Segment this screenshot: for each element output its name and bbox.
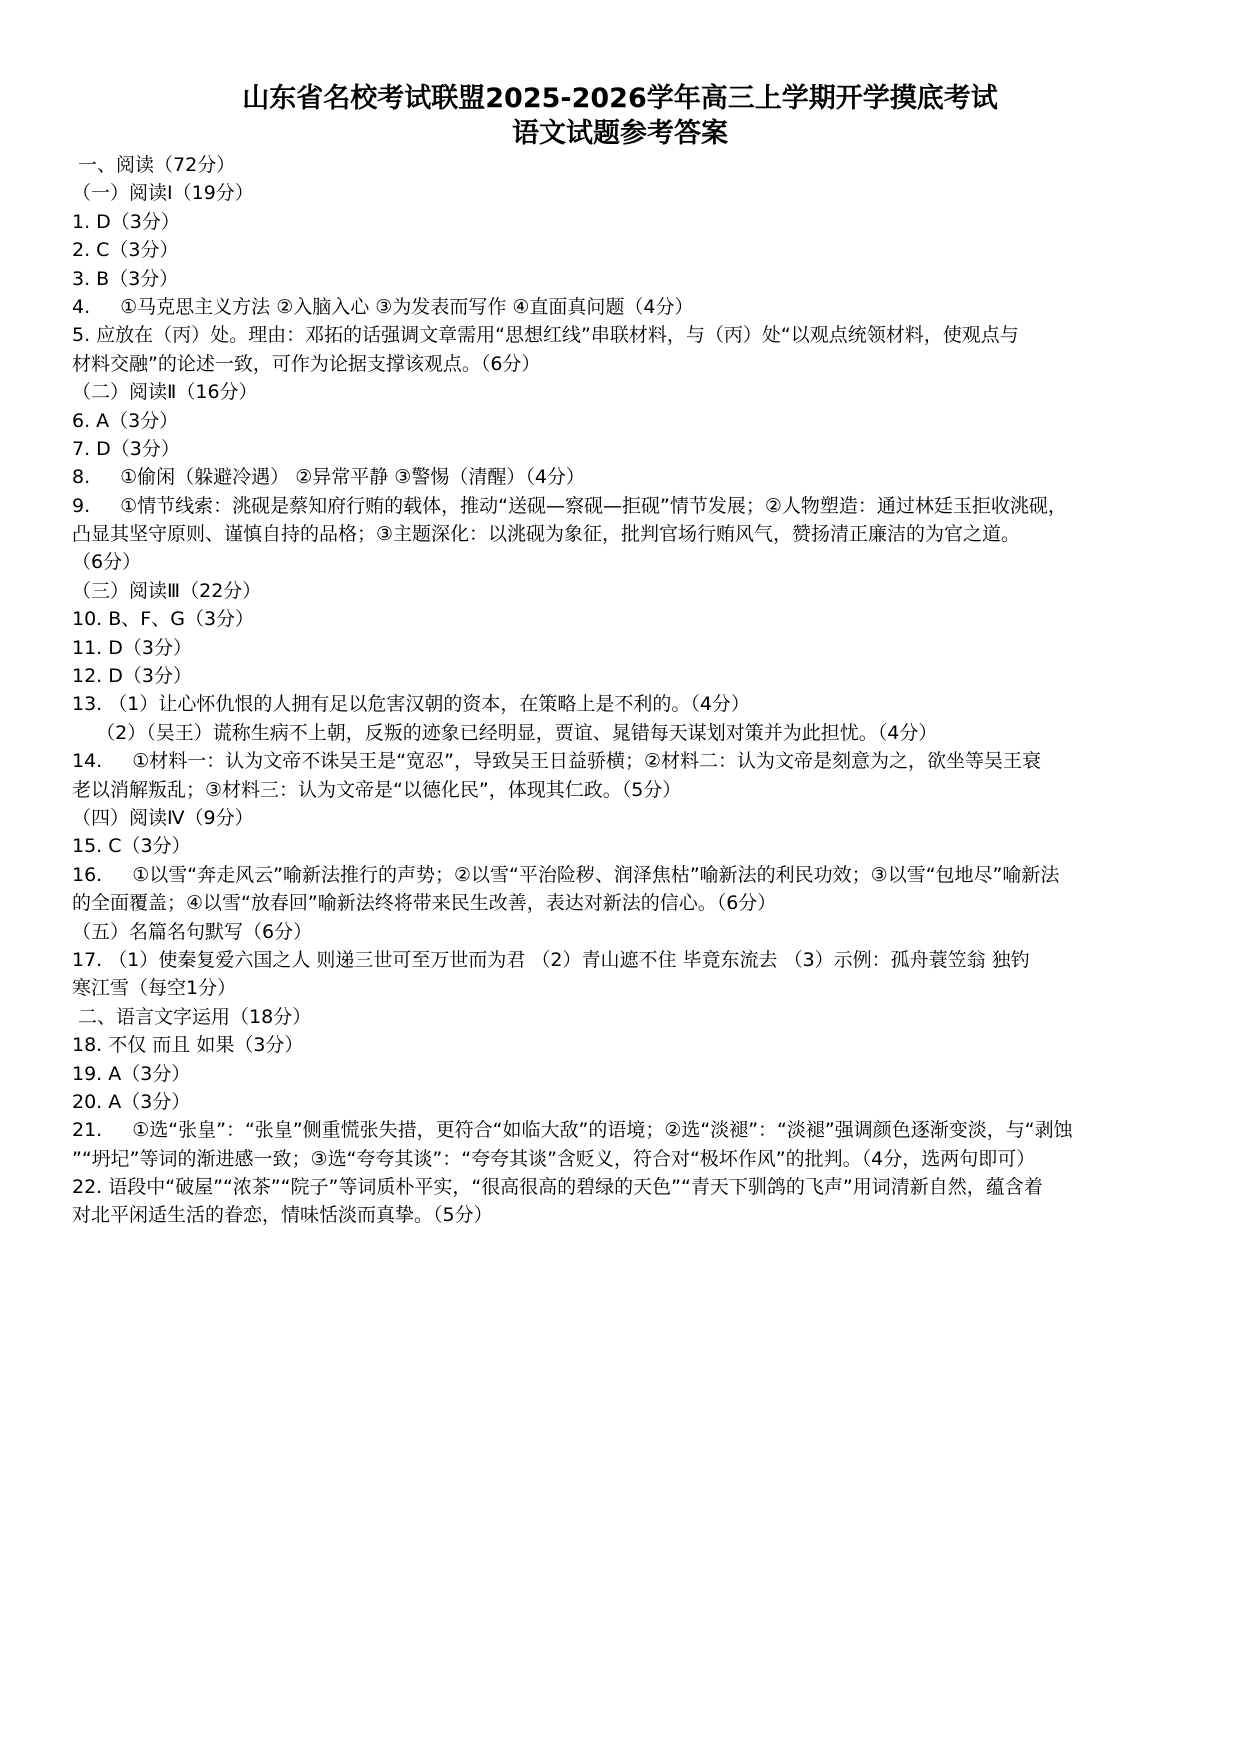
question-number: 4. xyxy=(72,293,90,321)
answer-text: 6. A（3分） xyxy=(72,410,178,432)
answer-line: （三）阅读Ⅲ（22分） xyxy=(72,577,1182,605)
answer-line: 9.①情节线索：洮砚是蔡知府行贿的载体，推动“送砚—察砚—拒砚”情节发展；②人物… xyxy=(72,492,1182,520)
answer-text: ”“坍圮”等词的渐进感一致；③选“夸夸其谈”：“夸夸其谈”含贬义，符合对“极坏作… xyxy=(72,1148,1035,1170)
answer-line: （五）名篇名句默写（6分） xyxy=(72,918,1182,946)
answer-text: 老以消解叛乱；③材料三：认为文帝是“以德化民”，体现其仁政。（5分） xyxy=(72,779,681,801)
answer-line: 二、语言文字运用（18分） xyxy=(72,1003,1182,1031)
question-number: 21. xyxy=(72,1116,102,1144)
document-subtitle: 语文试题参考答案 xyxy=(0,117,1240,151)
answer-text: ①选“张皇”：“张皇”侧重慌张失措，更符合“如临大敌”的语境；②选“淡褪”：“淡… xyxy=(132,1119,1072,1141)
answer-text: 11. D（3分） xyxy=(72,637,192,659)
answer-line: 凸显其坚守原则、谨慎自持的品格；③主题深化：以洮砚为象征，批判官场行贿风气，赞扬… xyxy=(72,520,1182,548)
answer-text: ①材料一：认为文帝不诛吴王是“宽忍”，导致吴王日益骄横；②材料二：认为文帝是刻意… xyxy=(132,750,1041,772)
answer-line: 3. B（3分） xyxy=(72,265,1182,293)
answer-line: （二）阅读Ⅱ（16分） xyxy=(72,378,1182,406)
answer-text: （一）阅读Ⅰ（19分） xyxy=(72,182,254,204)
answer-line: 6. A（3分） xyxy=(72,407,1182,435)
answer-text: 一、阅读（72分） xyxy=(72,154,235,176)
answer-text: （四）阅读Ⅳ（9分） xyxy=(72,807,254,829)
answer-text: 18. 不仅 而且 如果（3分） xyxy=(72,1034,303,1056)
question-number: 8. xyxy=(72,463,90,491)
answer-line: 19. A（3分） xyxy=(72,1060,1182,1088)
answer-text: 5. 应放在（丙）处。理由：邓拓的话强调文章需用“思想红线”串联材料，与（丙）处… xyxy=(72,324,1019,346)
answer-text: 凸显其坚守原则、谨慎自持的品格；③主题深化：以洮砚为象征，批判官场行贿风气，赞扬… xyxy=(72,523,1020,545)
answer-line: 对北平闲适生活的眷恋，情味恬淡而真挚。（5分） xyxy=(72,1201,1182,1229)
answer-line: 5. 应放在（丙）处。理由：邓拓的话强调文章需用“思想红线”串联材料，与（丙）处… xyxy=(72,321,1182,349)
answer-line: 12. D（3分） xyxy=(72,662,1182,690)
answer-text: 1. D（3分） xyxy=(72,211,180,233)
answer-text: 13. （1）让心怀仇恨的人拥有足以危害汉朝的资本，在策略上是不利的。（4分） xyxy=(72,693,750,715)
answer-text: 材料交融”的论述一致，可作为论据支撑该观点。（6分） xyxy=(72,353,540,375)
answer-text: 12. D（3分） xyxy=(72,665,192,687)
answer-text: （2）（吴王）谎称生病不上朝，反叛的迹象已经明显，贾谊、晁错每天谋划对策并为此担… xyxy=(72,722,937,744)
answer-line: 老以消解叛乱；③材料三：认为文帝是“以德化民”，体现其仁政。（5分） xyxy=(72,776,1182,804)
answer-text: 15. C（3分） xyxy=(72,835,191,857)
answer-text: ①情节线索：洮砚是蔡知府行贿的载体，推动“送砚—察砚—拒砚”情节发展；②人物塑造… xyxy=(120,495,1067,517)
answer-text: （二）阅读Ⅱ（16分） xyxy=(72,381,258,403)
answer-text: 寒江雪（每空1分） xyxy=(72,977,236,999)
answer-text: 二、语言文字运用（18分） xyxy=(72,1006,311,1028)
answer-text: 19. A（3分） xyxy=(72,1063,190,1085)
answer-line: 的全面覆盖；④以雪“放春回”喻新法终将带来民生改善，表达对新法的信心。（6分） xyxy=(72,889,1182,917)
question-number: 16. xyxy=(72,861,102,889)
answer-line: 7. D（3分） xyxy=(72,435,1182,463)
answer-text: 2. C（3分） xyxy=(72,239,179,261)
answer-text: （6分） xyxy=(72,551,141,573)
answer-line: 1. D（3分） xyxy=(72,208,1182,236)
question-number: 9. xyxy=(72,492,90,520)
answer-text: 7. D（3分） xyxy=(72,438,180,460)
answer-text: 20. A（3分） xyxy=(72,1091,190,1113)
answer-line: （2）（吴王）谎称生病不上朝，反叛的迹象已经明显，贾谊、晁错每天谋划对策并为此担… xyxy=(72,719,1182,747)
answer-text: 22. 语段中“破屋”“浓茶”“院子”等词质朴平实，“很高很高的碧绿的天色”“青… xyxy=(72,1176,1043,1198)
answer-line: 22. 语段中“破屋”“浓茶”“院子”等词质朴平实，“很高很高的碧绿的天色”“青… xyxy=(72,1173,1182,1201)
answer-line: 13. （1）让心怀仇恨的人拥有足以危害汉朝的资本，在策略上是不利的。（4分） xyxy=(72,690,1182,718)
answer-key-body: 一、阅读（72分）（一）阅读Ⅰ（19分）1. D（3分）2. C（3分）3. B… xyxy=(72,151,1182,1230)
answer-text: 17. （1）使秦复爱六国之人 则递三世可至万世而为君 （2）青山遮不住 毕竟东… xyxy=(72,949,1030,971)
answer-line: 4.①马克思主义方法 ②入脑入心 ③为发表而写作 ④直面真问题（4分） xyxy=(72,293,1182,321)
answer-line: （四）阅读Ⅳ（9分） xyxy=(72,804,1182,832)
answer-line: 21.①选“张皇”：“张皇”侧重慌张失措，更符合“如临大敌”的语境；②选“淡褪”… xyxy=(72,1116,1182,1144)
answer-line: 2. C（3分） xyxy=(72,236,1182,264)
answer-line: 材料交融”的论述一致，可作为论据支撑该观点。（6分） xyxy=(72,350,1182,378)
answer-line: 20. A（3分） xyxy=(72,1088,1182,1116)
answer-line: 17. （1）使秦复爱六国之人 则递三世可至万世而为君 （2）青山遮不住 毕竟东… xyxy=(72,946,1182,974)
answer-text: 的全面覆盖；④以雪“放春回”喻新法终将带来民生改善，表达对新法的信心。（6分） xyxy=(72,892,776,914)
answer-text: 3. B（3分） xyxy=(72,268,178,290)
document-title: 山东省名校考试联盟2025-2026学年高三上学期开学摸底考试 xyxy=(0,82,1240,116)
answer-line: 寒江雪（每空1分） xyxy=(72,974,1182,1002)
answer-text: ①偷闲（躲避冷遇） ②异常平静 ③警惕（清醒）（4分） xyxy=(120,466,585,488)
answer-line: （一）阅读Ⅰ（19分） xyxy=(72,179,1182,207)
answer-text: ①以雪“奔走风云”喻新法推行的声势；②以雪“平治险秽、润泽焦枯”喻新法的利民功效… xyxy=(132,864,1059,886)
answer-line: 8.①偷闲（躲避冷遇） ②异常平静 ③警惕（清醒）（4分） xyxy=(72,463,1182,491)
answer-text: 10. B、F、G（3分） xyxy=(72,608,254,630)
answer-line: 14.①材料一：认为文帝不诛吴王是“宽忍”，导致吴王日益骄横；②材料二：认为文帝… xyxy=(72,747,1182,775)
answer-line: （6分） xyxy=(72,548,1182,576)
answer-line: 16.①以雪“奔走风云”喻新法推行的声势；②以雪“平治险秽、润泽焦枯”喻新法的利… xyxy=(72,861,1182,889)
answer-line: 一、阅读（72分） xyxy=(72,151,1182,179)
answer-text: ①马克思主义方法 ②入脑入心 ③为发表而写作 ④直面真问题（4分） xyxy=(120,296,693,318)
answer-line: 15. C（3分） xyxy=(72,832,1182,860)
answer-line: ”“坍圮”等词的渐进感一致；③选“夸夸其谈”：“夸夸其谈”含贬义，符合对“极坏作… xyxy=(72,1145,1182,1173)
answer-text: 对北平闲适生活的眷恋，情味恬淡而真挚。（5分） xyxy=(72,1204,493,1226)
question-number: 14. xyxy=(72,747,102,775)
answer-text: （五）名篇名句默写（6分） xyxy=(72,921,312,943)
answer-line: 11. D（3分） xyxy=(72,634,1182,662)
answer-line: 10. B、F、G（3分） xyxy=(72,605,1182,633)
answer-text: （三）阅读Ⅲ（22分） xyxy=(72,580,261,602)
answer-line: 18. 不仅 而且 如果（3分） xyxy=(72,1031,1182,1059)
